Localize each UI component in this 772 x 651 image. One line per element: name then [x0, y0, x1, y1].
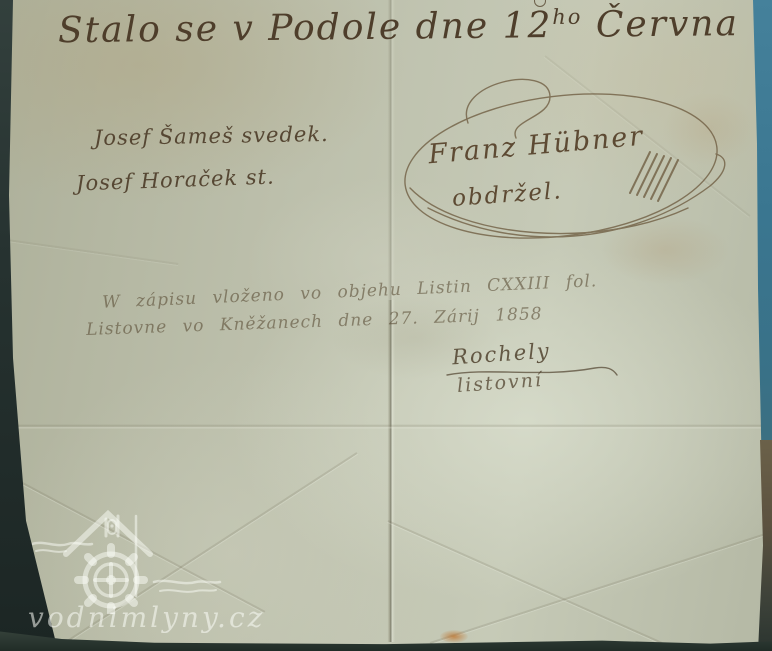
dateline-superscript: ho — [552, 5, 582, 29]
dateline-text: Stalo se v Podole dne 12ho Června 1856. — [58, 2, 772, 51]
horizontal-crease — [0, 424, 772, 429]
watermark-site-text: vodnimlyny.cz — [28, 601, 265, 634]
rust-spot — [440, 630, 468, 643]
document-photo: Stalo se v Podole dne 12ho Června 1856. … — [0, 0, 772, 651]
dateline-pre: Stalo se v Podole dne 12 — [58, 5, 553, 51]
witness-signature-1: Josef Šameš svedek. — [94, 122, 329, 150]
watermill-house-icon — [32, 502, 227, 614]
dateline-post: Června 1856. — [582, 2, 772, 46]
